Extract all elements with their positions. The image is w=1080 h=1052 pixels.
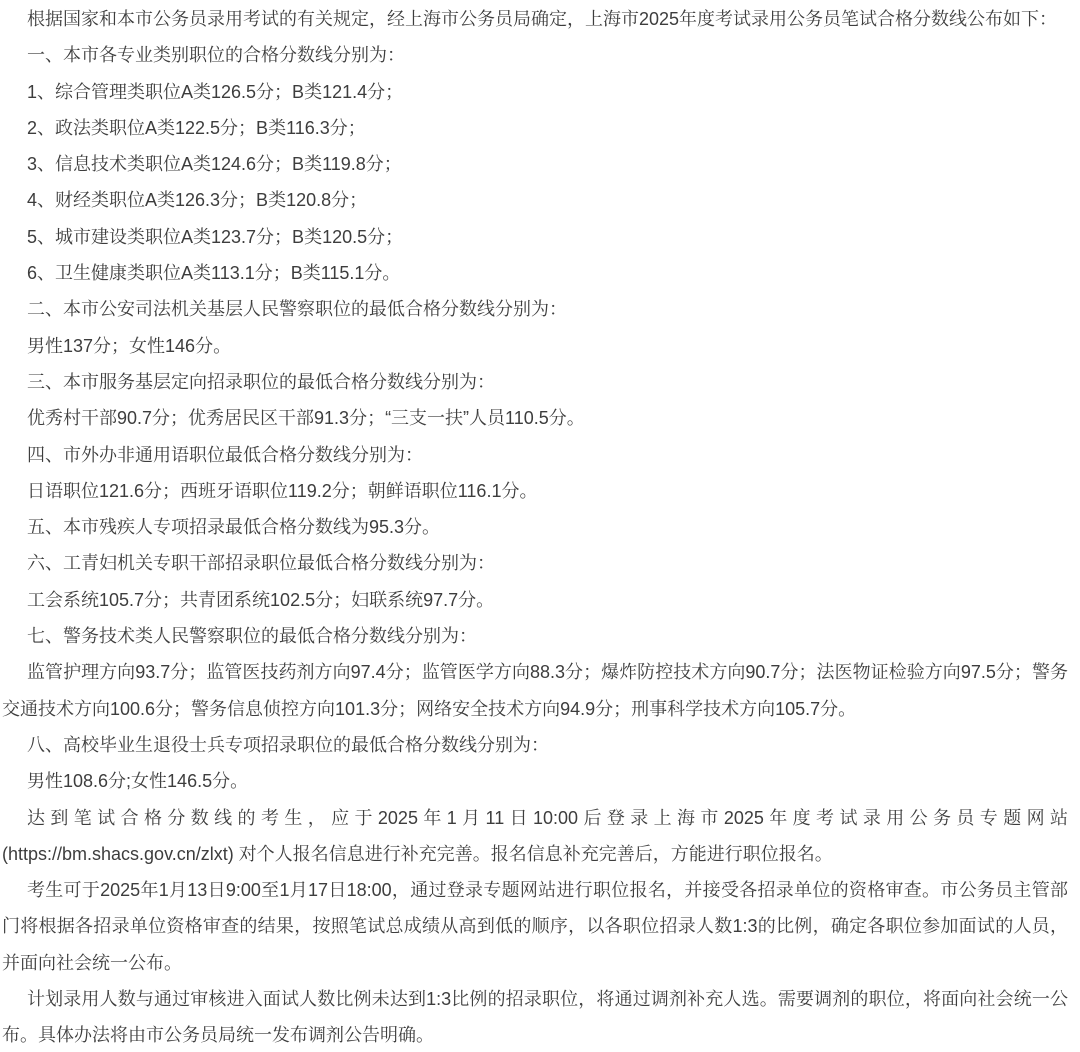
section-6-heading: 六、工青妇机关专职干部招录职位最低合格分数线分别为：: [2, 545, 1068, 581]
section-1-heading: 一、本市各专业类别职位的合格分数线分别为：: [2, 37, 1068, 73]
intro-paragraph: 根据国家和本市公务员录用考试的有关规定，经上海市公务员局确定，上海市2025年度…: [2, 1, 1068, 37]
section-3-heading: 三、本市服务基层定向招录职位的最低合格分数线分别为：: [2, 364, 1068, 400]
item-information-tech-scores: 3、信息技术类职位A类124.6分；B类119.8分；: [2, 146, 1068, 182]
item-political-legal-scores: 2、政法类职位A类122.5分；B类116.3分；: [2, 110, 1068, 146]
item-urban-construction-scores: 5、城市建设类职位A类123.7分；B类120.5分；: [2, 219, 1068, 255]
interview-selection-paragraph: 考生可于2025年1月13日9:00至1月17日18:00，通过登录专题网站进行…: [2, 872, 1068, 981]
announcement-document: 根据国家和本市公务员录用考试的有关规定，经上海市公务员局确定，上海市2025年度…: [0, 0, 1080, 1052]
section-7-technical-scores: 监管护理方向93.7分；监管医技药剂方向97.4分；监管医学方向88.3分；爆炸…: [2, 654, 1068, 727]
item-health-scores: 6、卫生健康类职位A类113.1分；B类115.1分。: [2, 255, 1068, 291]
section-8-veteran-scores: 男性108.6分;女性146.5分。: [2, 763, 1068, 799]
adjustment-notice-paragraph: 计划录用人数与通过审核进入面试人数比例未达到1:3比例的招录职位，将通过调剂补充…: [2, 981, 1068, 1052]
item-general-management-scores: 1、综合管理类职位A类126.5分；B类121.4分；: [2, 74, 1068, 110]
section-7-heading: 七、警务技术类人民警察职位的最低合格分数线分别为：: [2, 618, 1068, 654]
section-3-grassroots-scores: 优秀村干部90.7分；优秀居民区干部91.3分；“三支一扶”人员110.5分。: [2, 400, 1068, 436]
section-4-heading: 四、市外办非通用语职位最低合格分数线分别为：: [2, 437, 1068, 473]
section-6-union-scores: 工会系统105.7分；共青团系统102.5分；妇联系统97.7分。: [2, 582, 1068, 618]
section-2-police-scores: 男性137分；女性146分。: [2, 328, 1068, 364]
section-4-language-scores: 日语职位121.6分；西班牙语职位119.2分；朝鲜语职位116.1分。: [2, 473, 1068, 509]
section-2-heading: 二、本市公安司法机关基层人民警察职位的最低合格分数线分别为：: [2, 291, 1068, 327]
section-5-disability-paragraph: 五、本市残疾人专项招录最低合格分数线为95.3分。: [2, 509, 1068, 545]
registration-info-paragraph: 达到笔试合格分数线的考生，应于2025年1月11日10:00后登录上海市2025…: [2, 800, 1068, 873]
section-8-heading: 八、高校毕业生退役士兵专项招录职位的最低合格分数线分别为：: [2, 727, 1068, 763]
item-finance-economics-scores: 4、财经类职位A类126.3分；B类120.8分；: [2, 182, 1068, 218]
